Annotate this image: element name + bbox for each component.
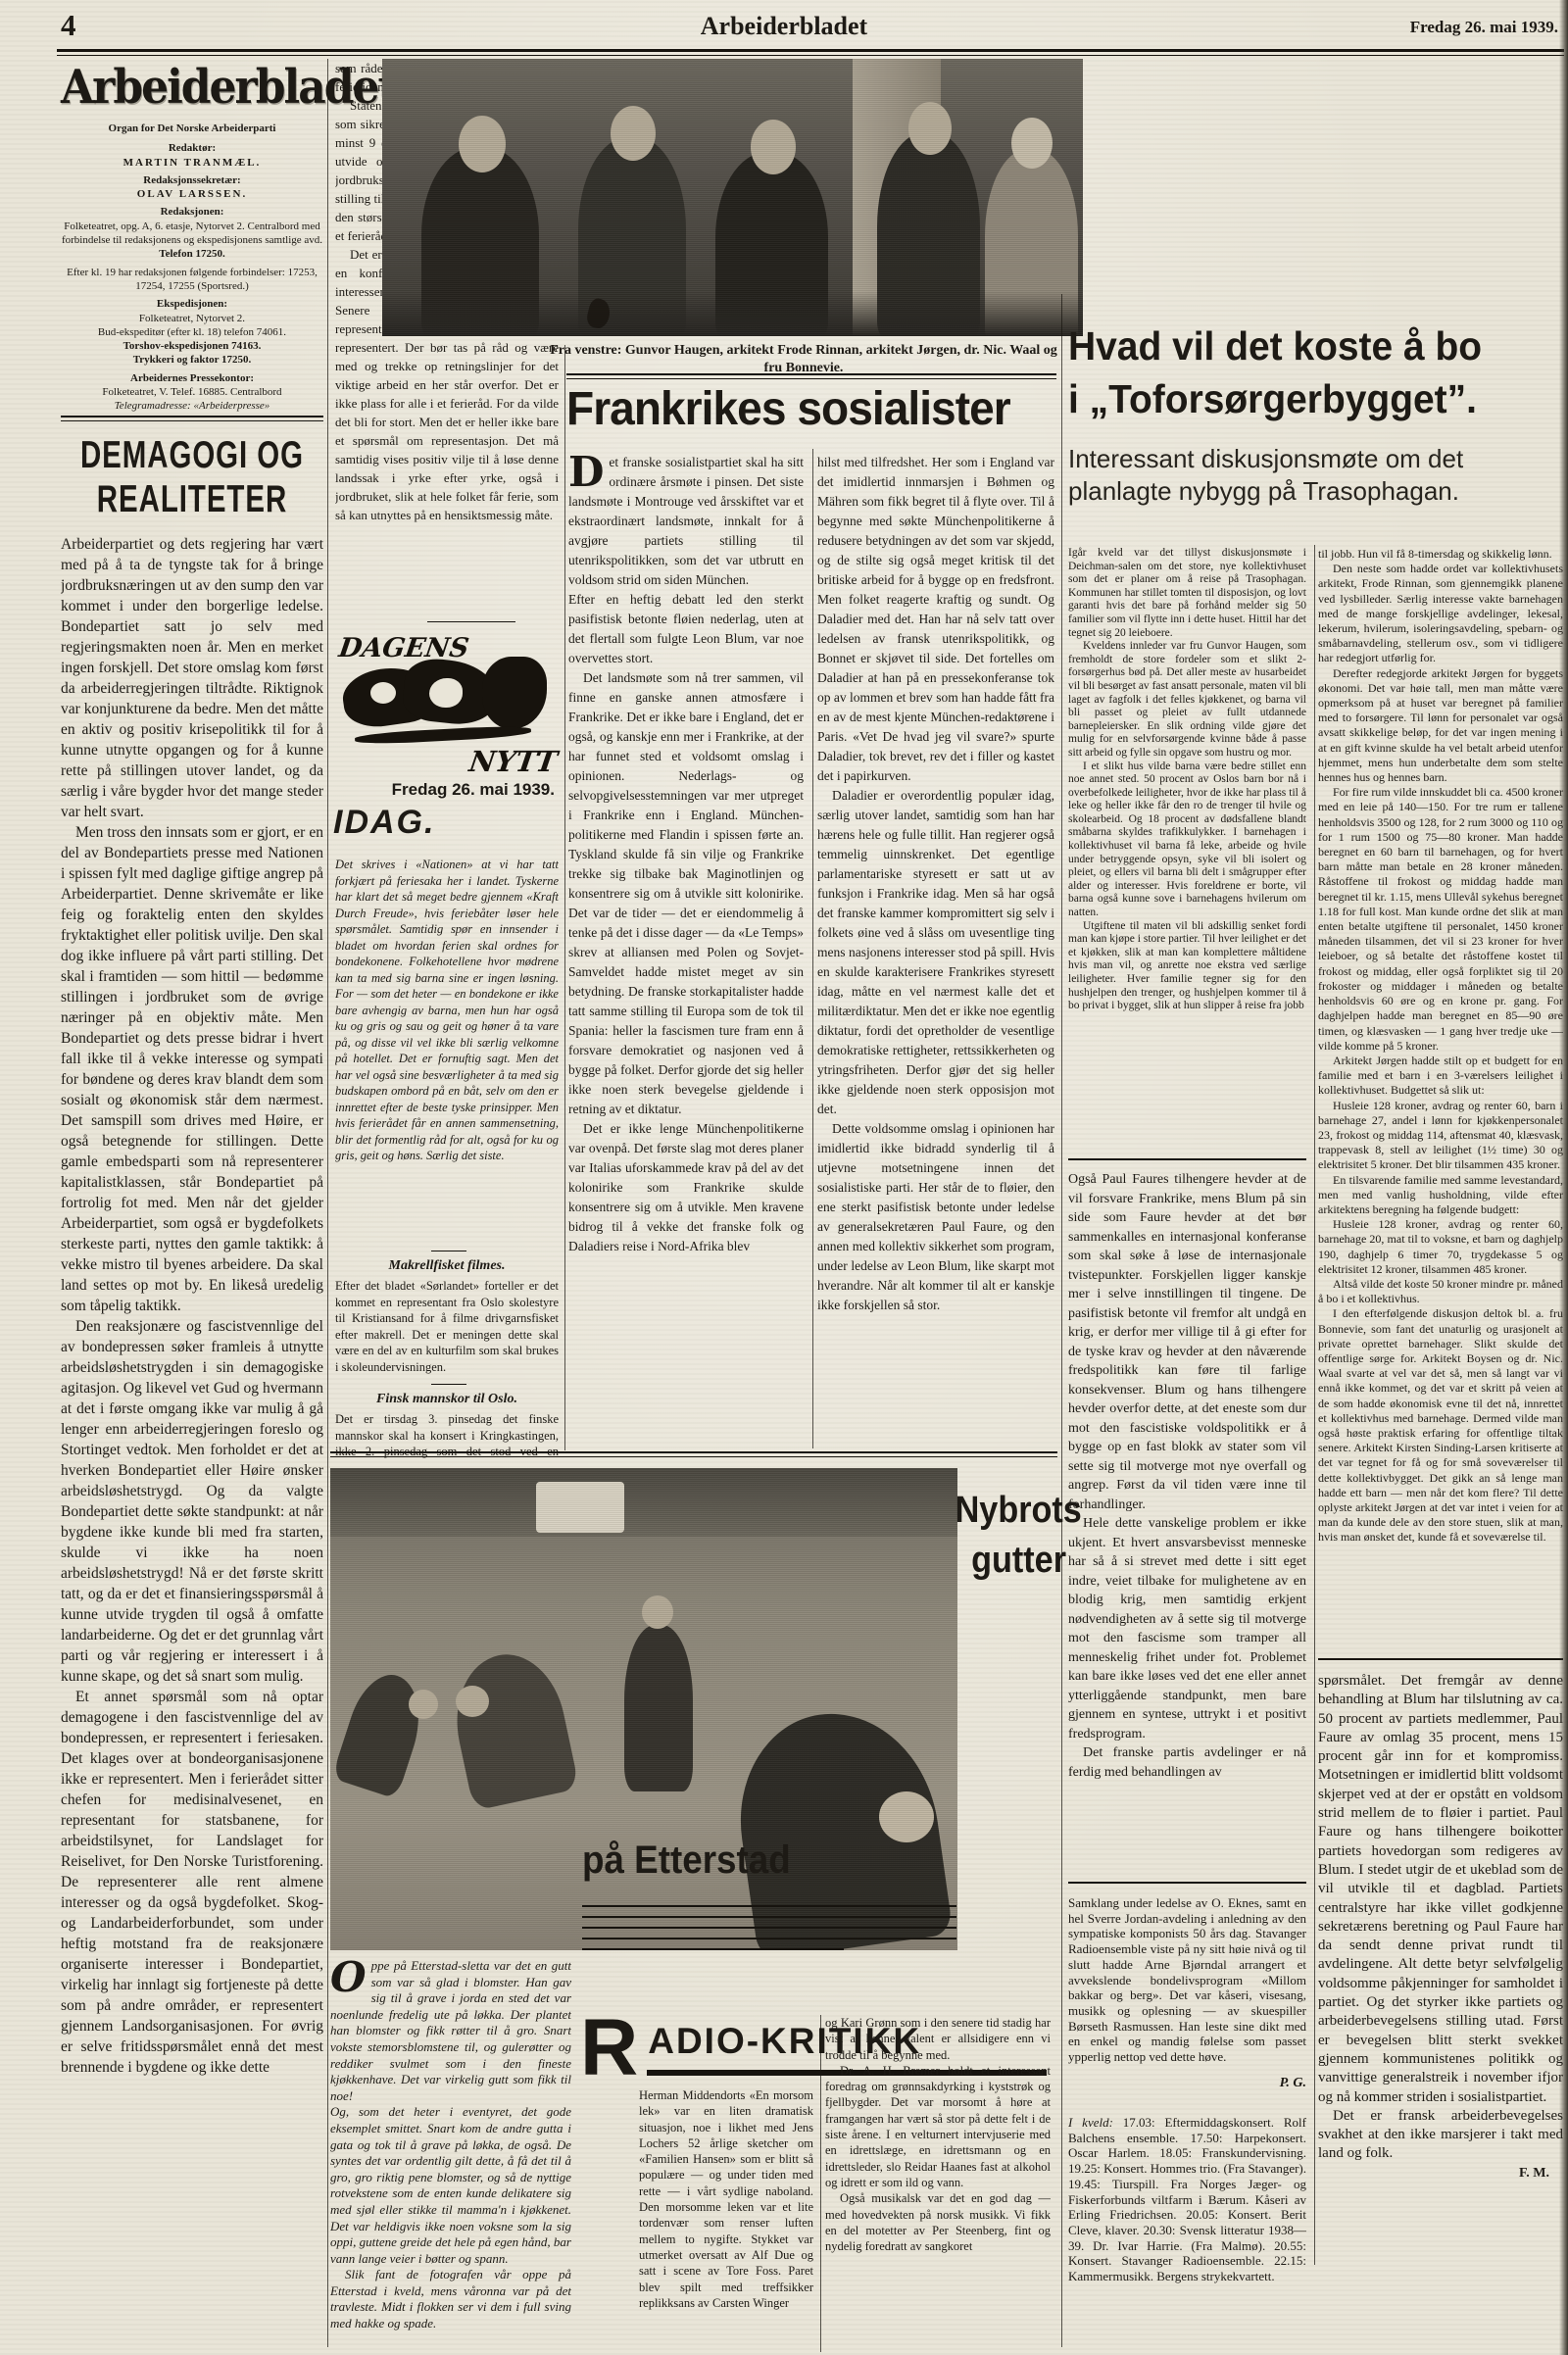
paragraph: Det er ikke lenge Münchenpolitikerne var… [568, 1119, 804, 1256]
france-article-signature: F. M. [1318, 2164, 1563, 2183]
header-rule [57, 49, 1564, 56]
paragraph: Også musikalsk var det en god dag — med … [825, 2190, 1051, 2254]
paa-etterstad-headline: på Etterstad [582, 1839, 791, 1883]
drawing-highlight [370, 682, 396, 704]
france-column-2: hilst med tilfredshet. Her som i England… [817, 453, 1054, 1446]
paragraph: Husleie 128 kroner, avdrag og renter 60,… [1318, 1099, 1563, 1173]
idag-heading: IDAG. [333, 804, 435, 842]
dagens-nytt-date: Fredag 26. mai 1939. [335, 780, 555, 800]
paragraph: Dr. A. H. Bremer holdt et interessant fo… [825, 2063, 1051, 2190]
column-rule [1061, 294, 1062, 2347]
france-continuation-b: spørsmålet. Det fremgår av denne behandl… [1318, 1672, 1563, 2240]
rule-line [582, 1938, 956, 1939]
nameplate-divider [61, 416, 323, 421]
nameplate-address: Folketeatret, opg. A, 6. etasje, Nytorve… [61, 220, 323, 248]
nameplate-line: Redaksjonssekretær: [61, 173, 323, 187]
paragraph: I et slikt hus vilde barna være bedre st… [1068, 760, 1306, 920]
nameplate-line: Folketeatret, V. Telef. 16885. Centralbo… [61, 385, 323, 399]
drawing-highlight [429, 678, 463, 708]
etterstad-story-rest: Og, som det heter i eventyret, det gode … [330, 2104, 571, 2331]
nytt-word: NYTT [466, 745, 559, 778]
article-divider [1068, 1882, 1306, 1884]
paragraph: Den reaksjonære og fascistvennlige del a… [61, 1316, 323, 1687]
item-dash [431, 1251, 466, 1251]
paragraph: Og, som det heter i eventyret, det gode … [330, 2104, 571, 2267]
france-column-1: Det franske sosialistpartiet skal ha sit… [568, 453, 804, 1446]
tofors-headline-line2: i „Toforsørgerbygget”. [1068, 376, 1477, 422]
section-dash [427, 621, 515, 622]
nameplate-logo: Arbeiderbladet [61, 61, 323, 115]
program-text: I kveld: 17.03: Eftermiddagskonsert. Rol… [1068, 2115, 1306, 2284]
nameplate-organ: Organ for Det Norske Arbeiderparti [61, 122, 323, 135]
france-continuation-a: Også Paul Faures tilhengere hevder at de… [1068, 1170, 1306, 1872]
paragraph: og Kari Grønn som i den senere tid stadi… [825, 2015, 1051, 2063]
nybrots-headline: Nybrots gutter [955, 1486, 1066, 1587]
nameplate-editor: MARTIN TRANMÆL. [61, 156, 323, 170]
nameplate-info: Organ for Det Norske Arbeiderparti Redak… [61, 122, 323, 414]
paragraph: Daladier er overordentlig populær idag, … [817, 786, 1054, 1119]
nameplate-line: Torshov-ekspedisjonen 74163. [61, 339, 323, 353]
paragraph: Utgiftene til maten vil bli adskillig se… [1068, 920, 1306, 1013]
paragraph: spørsmålet. Det fremgår av denne behandl… [1318, 1672, 1563, 2107]
paragraph: En tilsvarende familie med samme levesta… [1318, 1173, 1563, 1218]
demagogi-article-body: Arbeiderpartiet og dets regjering har væ… [61, 534, 323, 2342]
photo-grain [382, 59, 1083, 336]
paragraph: Også Paul Faures tilhengere hevder at de… [1068, 1170, 1306, 1514]
paragraph: Arkitekt Jørgen hadde stilt op et budget… [1318, 1054, 1563, 1099]
paragraph: I den efterfølgende diskusjon deltok bl.… [1318, 1306, 1563, 1545]
decorative-rules [582, 1905, 956, 1950]
radio-column-1: Herman Middendorts «En morsom lek» var e… [580, 2087, 813, 2350]
paragraph: Et annet spørsmål som nå optar demagogen… [61, 1687, 323, 2078]
nameplate-line: Redaksjonen: [61, 205, 323, 219]
paragraph: Derefter redegjorde arkitekt Jørgen for … [1318, 666, 1563, 786]
france-column-1-rest: Efter en heftig debatt led den sterkt pa… [568, 590, 804, 1256]
paragraph: Den neste som hadde ordet var kollektivh… [1318, 562, 1563, 665]
nybrots-headline-line1: Nybrots [955, 1486, 1066, 1536]
news-item-title: Finsk mannskor til Oslo. [335, 1392, 559, 1407]
tofors-column-a: Igår kveld var det tillyst diskusjonsmøt… [1068, 547, 1306, 1149]
france-continuation-b-text: spørsmålet. Det fremgår av denne behandl… [1318, 1672, 1563, 2164]
paragraph: Herman Middendorts «En morsom lek» var e… [580, 2087, 813, 2311]
radio-column-2: og Kari Grønn som i den senere tid stadi… [825, 2015, 1051, 2352]
demagogi-headline: DEMAGOGI OG REALITETER [68, 433, 318, 521]
etterstad-story: Oppe på Etterstad-sletta var det en gutt… [330, 1958, 571, 2350]
column-rule [812, 449, 813, 1448]
news-item-body: Efter det bladet «Sørlandet» forteller e… [335, 1278, 559, 1380]
nameplate-pressekontor: Arbeidernes Pressekontor: [61, 371, 323, 385]
radio-review-continuation: Samklang under ledelse av O. Eknes, samt… [1068, 1895, 1306, 2091]
chariot-drawing-shape [482, 657, 547, 729]
rule-line [582, 1948, 844, 1950]
paragraph: Det er fransk arbeiderbevegelses svakhet… [1318, 2107, 1563, 2164]
column-rule [1314, 545, 1315, 2265]
running-head-date: Fredag 26. mai 1939. [1264, 18, 1558, 37]
idag-column: Det skrives i «Nationen» at vi har tatt … [335, 857, 559, 1245]
tofors-headline-line1: Hvad vil det koste å bo [1068, 323, 1482, 369]
news-item-title: Makrellfisket filmes. [335, 1258, 559, 1274]
paragraph: For fire rum vilde innskuddet bli ca. 45… [1318, 785, 1563, 1054]
rule-line [582, 1927, 956, 1929]
nameplate-line: Ekspedisjonen: [61, 297, 323, 311]
top-photo-caption: Fra venstre: Gunvor Haugen, arkitekt Fro… [549, 342, 1058, 377]
paragraph: Oppe på Etterstad-sletta var det en gutt… [330, 1958, 571, 2104]
nameplate-line: Folketeatret, Nytorvet 2. [61, 312, 323, 325]
nameplate-secretary: OLAV LARSSEN. [61, 187, 323, 201]
item-dash [431, 1384, 466, 1385]
program-lead: I kveld: [1068, 2115, 1113, 2130]
demagogi-headline-line2: REALITETER [68, 477, 318, 521]
column-rule [564, 345, 565, 1450]
scan-edge-shadow [1559, 0, 1568, 2355]
paragraph: Slik fant de fotografen vår oppe på Ette… [330, 2267, 571, 2331]
nameplate-telegram: Telegramadresse: «Arbeiderpresse» [61, 399, 323, 413]
column-rule [820, 2015, 821, 2352]
paragraph: Det skrives i «Nationen» at vi har tatt … [335, 857, 559, 1164]
nameplate-phone: Telefon 17250. [61, 247, 323, 261]
paragraph: Men tross den innsats som er gjort, er e… [61, 822, 323, 1316]
paragraph: til jobb. Hun vil få 8-timersdag og skik… [1318, 547, 1563, 562]
paragraph: hilst med tilfredshet. Her som i England… [817, 453, 1054, 786]
paragraph: Altså vilde det koste 50 kroner mindre p… [1318, 1277, 1563, 1306]
article-divider [1068, 1158, 1306, 1160]
drawing-shape [355, 724, 531, 745]
tofors-column-b: til jobb. Hun vil få 8-timersdag og skik… [1318, 547, 1563, 1648]
paragraph: Samklang under ledelse av O. Eknes, samt… [1068, 1895, 1306, 2065]
radio-review-signature: P. G. [1068, 2076, 1320, 2091]
paragraph: Efter en heftig debatt led den sterkt pa… [568, 590, 804, 668]
panel-discussion-photo [382, 59, 1083, 336]
nameplate-line: Redaktør: [61, 141, 323, 155]
column-rule [327, 59, 328, 2347]
demagogi-headline-line1: DEMAGOGI OG [68, 433, 318, 477]
caption-rule [566, 373, 1056, 379]
nameplate-line: Bud-ekspeditør (efter kl. 18) telefon 74… [61, 325, 323, 339]
dagens-nytt-illustration: DAGENS NYTT [335, 635, 559, 774]
nybrots-headline-line2: gutter [955, 1536, 1066, 1586]
nameplate-line: Trykkeri og faktor 17250. [61, 353, 323, 367]
paragraph: Det landsmøte som nå trer sammen, vil fi… [568, 668, 804, 1119]
nameplate-evening: Efter kl. 19 har redaksjonen følgende fo… [61, 266, 323, 294]
article-divider [1318, 1658, 1563, 1660]
dagens-word: DAGENS [337, 633, 471, 663]
paragraph: Dette voldsomme omslag i opinionen har i… [817, 1119, 1054, 1315]
paragraph: Det franske sosialistpartiet skal ha sit… [568, 453, 804, 590]
paragraph: Arbeiderpartiet og dets regjering har væ… [61, 534, 323, 822]
rule-line [582, 1916, 956, 1918]
tofors-subhead: Interessant diskusjonsmøte om det planla… [1068, 443, 1563, 507]
france-headline: Frankrikes sosialister [566, 382, 1010, 436]
section-divider [330, 1451, 1057, 1457]
rule-line [582, 1905, 956, 1907]
paragraph: Efter det bladet «Sørlandet» forteller e… [335, 1278, 559, 1375]
program-entries: 17.03: Eftermiddagskonsert. Rolf Balchen… [1068, 2115, 1306, 2283]
paragraph: Kveldens innleder var fru Gunvor Haugen,… [1068, 640, 1306, 760]
paragraph: Hele dette vanskelige problem er ikke uk… [1068, 1514, 1306, 1743]
paragraph: Det franske partis avdelinger er nå ferd… [1068, 1743, 1306, 1782]
paragraph: Igår kveld var det tillyst diskusjonsmøt… [1068, 547, 1306, 640]
radio-program-listing: I kveld: 17.03: Eftermiddagskonsert. Rol… [1068, 2115, 1306, 2350]
newspaper-page: 4 Arbeiderbladet Fredag 26. mai 1939. Ar… [0, 0, 1568, 2355]
paragraph: Husleie 128 kroner, avdrag og renter 60,… [1318, 1217, 1563, 1277]
